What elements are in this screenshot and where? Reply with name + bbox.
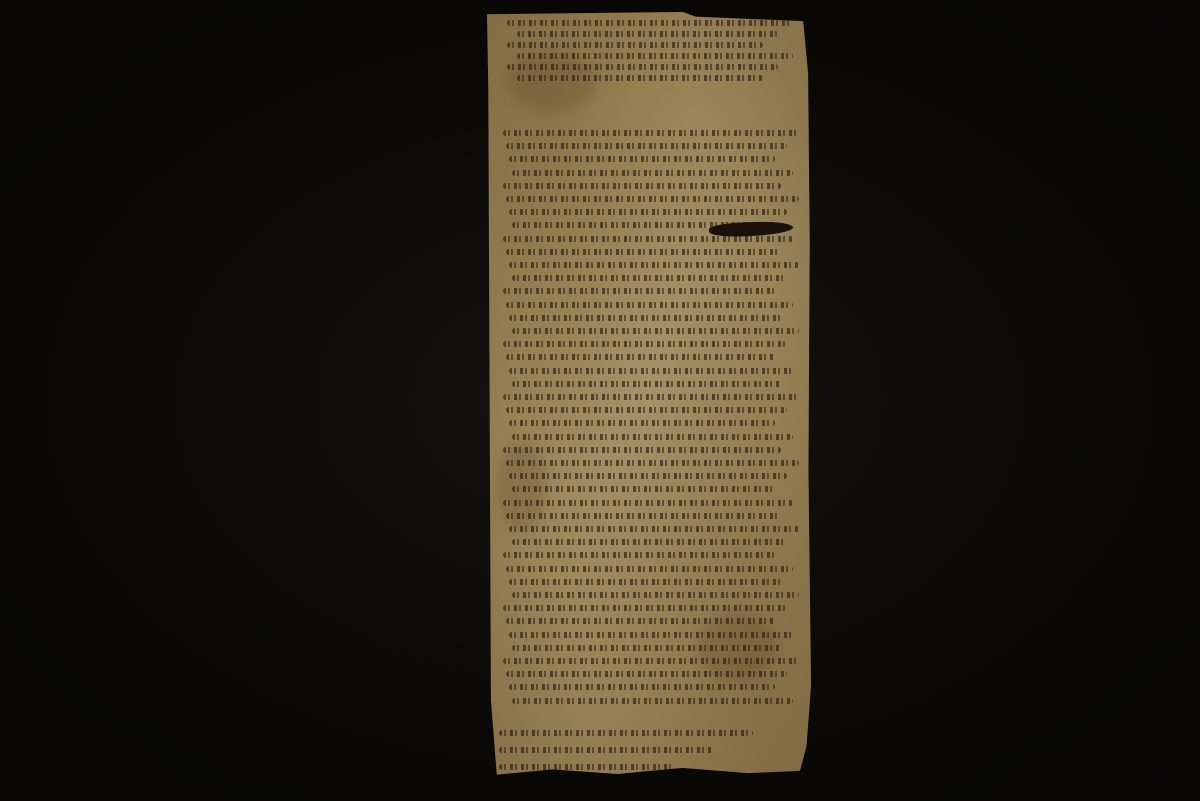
body-text-line [503,605,787,611]
body-text-line [506,354,775,360]
footer-text-line [499,730,753,736]
body-text-line [506,196,799,202]
body-text-line [506,618,775,624]
body-text-line [503,552,775,558]
footer-text-line [499,764,673,770]
body-text-line [509,368,793,374]
body-text-line [506,513,781,519]
header-note-line [517,31,778,37]
body-text-line [509,315,781,321]
body-text-line [503,288,775,294]
body-text-line [506,671,787,677]
body-text-line [509,579,781,585]
body-text-line [509,526,799,532]
body-text-line [512,645,781,651]
body-text-line [512,328,799,334]
body-text-line [512,698,793,704]
body-text-line [503,341,787,347]
body-text-line [503,394,799,400]
body-text-line [512,486,775,492]
body-text-line [506,249,781,255]
header-note-line [507,64,778,70]
body-text-line [506,143,787,149]
body-text-line [509,473,787,479]
body-text-line [512,592,799,598]
body-text-line [506,460,799,466]
body-text-line [509,420,775,426]
header-note-line [507,20,793,26]
body-text-line [512,381,781,387]
footer-text-line [499,747,713,753]
body-text-line [503,447,781,453]
header-note-line [507,42,763,48]
body-text-line [503,500,793,506]
body-text-line [509,262,799,268]
body-text-line [503,236,793,242]
body-text-line [503,658,799,664]
body-text-line [512,275,787,281]
body-text-line [509,156,775,162]
header-note-line [517,75,763,81]
body-text-line [506,407,787,413]
body-text-line [509,632,793,638]
stain [507,52,597,112]
body-text-line [512,170,793,176]
body-text-line [506,302,793,308]
body-text-line [512,434,793,440]
body-text-line [503,183,781,189]
body-text-line [506,566,793,572]
body-text-line [509,209,787,215]
body-text-line [512,539,787,545]
body-text-line [503,130,799,136]
header-note-line [517,53,793,59]
manuscript-leaf: illegible handwritten script [487,12,813,777]
body-text-line [509,684,775,690]
